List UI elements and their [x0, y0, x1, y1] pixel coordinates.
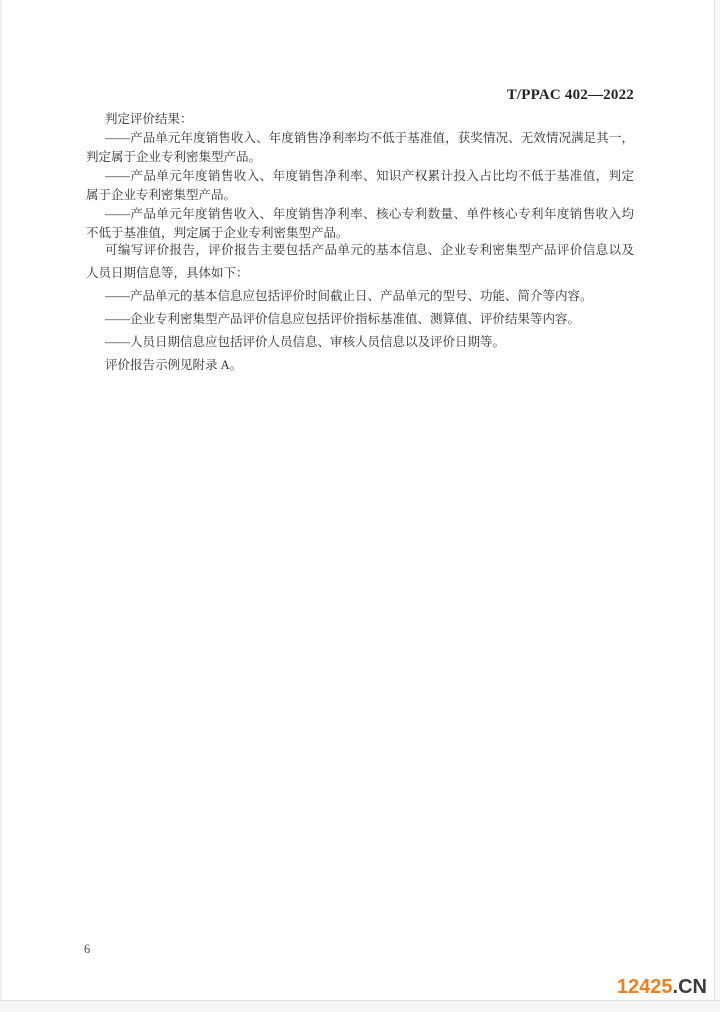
text-line: ——产品单元年度销售收入、年度销售净利率均不低于基准值，获奖情况、无效情况满足其…	[86, 129, 634, 148]
evaluation-report-section: 可编写评价报告，评价报告主要包括产品单元的基本信息、企业专利密集型产品评价信息以…	[86, 239, 634, 377]
text-line: 判定评价结果：	[86, 110, 634, 129]
text-line: ——产品单元的基本信息应包括评价时间截止日、产品单元的型号、功能、简介等内容。	[86, 285, 634, 308]
text-line: 评价报告示例见附录 A。	[86, 354, 634, 377]
evaluation-result-section: 判定评价结果：——产品单元年度销售收入、年度销售净利率均不低于基准值，获奖情况、…	[86, 110, 634, 243]
watermark: 12425.CN	[617, 977, 707, 997]
text-line: ——产品单元年度销售收入、年度销售净利率、核心专利数量、单件核心专利年度销售收入…	[86, 205, 634, 224]
text-line: 判定属于企业专利密集型产品。	[86, 148, 634, 167]
watermark-secondary: .CN	[673, 976, 707, 998]
text-line: ——人员日期信息应包括评价人员信息、审核人员信息以及评价日期等。	[86, 331, 634, 354]
text-line: ——企业专利密集型产品评价信息应包括评价指标基准值、测算值、评价结果等内容。	[86, 308, 634, 331]
page-bottom-edge	[0, 1000, 720, 1001]
text-line: 可编写评价报告，评价报告主要包括产品单元的基本信息、企业专利密集型产品评价信息以…	[86, 239, 634, 262]
text-line: ——产品单元年度销售收入、年度销售净利率、知识产权累计投入占比均不低于基准值，判…	[86, 167, 634, 186]
page-number: 6	[84, 942, 90, 956]
page-right-edge	[714, 0, 715, 1012]
page-bottom-margin	[0, 1001, 720, 1012]
page-right-margin	[715, 0, 720, 1012]
page-left-edge	[0, 0, 2, 1012]
text-line: 人员日期信息等，具体如下：	[86, 262, 634, 285]
standard-number-header: T/PPAC 402—2022	[86, 86, 634, 104]
watermark-primary: 12425	[617, 976, 673, 998]
scanned-document-page: T/PPAC 402—2022 判定评价结果：——产品单元年度销售收入、年度销售…	[0, 0, 720, 1012]
text-line: 属于企业专利密集型产品。	[86, 186, 634, 205]
document-body: 判定评价结果：——产品单元年度销售收入、年度销售净利率均不低于基准值，获奖情况、…	[86, 110, 634, 377]
